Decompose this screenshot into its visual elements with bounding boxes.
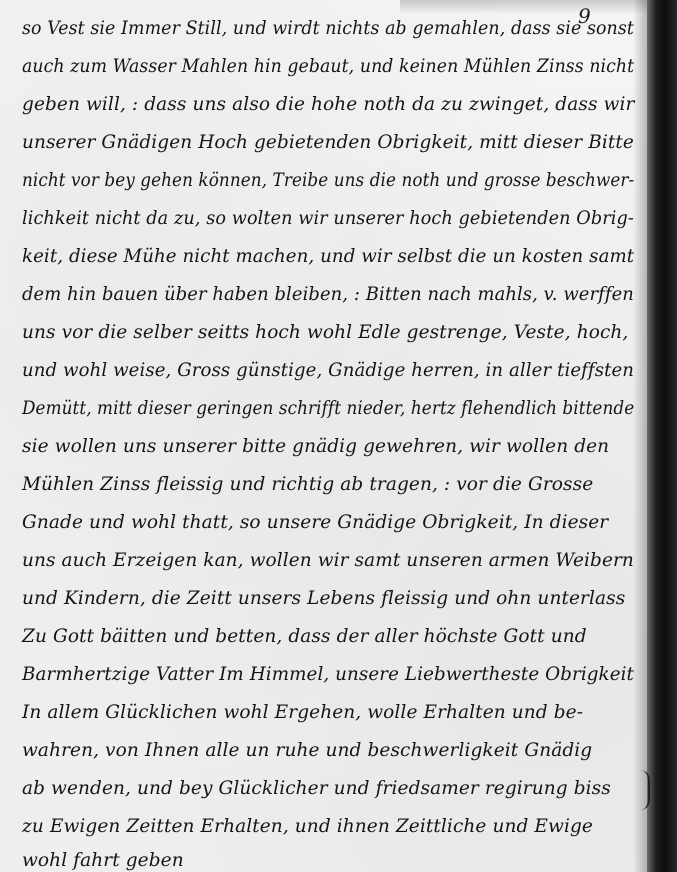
text-line: wahren, von Ihnen alle un ruhe und besch… — [22, 740, 592, 761]
text-line: wohl fahrt geben — [22, 850, 184, 871]
text-line: unserer Gnädigen Hoch gebietenden Obrigk… — [22, 132, 634, 153]
text-line: uns vor die selber seitts hoch wohl Edle… — [22, 322, 628, 343]
text-line: Demütt, mitt dieser geringen schrifft ni… — [22, 398, 634, 419]
text-line: lichkeit nicht da zu, so wolten wir unse… — [22, 208, 634, 229]
text-line: auch zum Wasser Mahlen hin gebaut, und k… — [22, 56, 634, 77]
text-line: und Kindern, die Zeitt unsers Lebens fle… — [22, 588, 625, 609]
margin-bracket — [640, 770, 650, 810]
text-line: nicht vor bey gehen können, Treibe uns d… — [22, 170, 634, 191]
text-line: und wohl weise, Gross günstige, Gnädige … — [22, 360, 634, 381]
text-line: Zu Gott bäitten und betten, dass der all… — [22, 626, 587, 647]
scan-shadow — [400, 0, 647, 14]
text-line: so Vest sie Immer Still, und wirdt nicht… — [22, 18, 634, 39]
text-line: Barmhertzige Vatter Im Himmel, unsere Li… — [22, 664, 634, 685]
text-line: keit, diese Mühe nicht machen, und wir s… — [22, 246, 634, 267]
text-line: uns auch Erzeigen kan, wollen wir samt u… — [22, 550, 634, 571]
text-line: Mühlen Zinss fleissig und richtig ab tra… — [22, 474, 593, 495]
manuscript-page: 9 so Vest sie Immer Still, und wirdt nic… — [0, 0, 677, 872]
text-line: ab wenden, und bey Glücklicher und fried… — [22, 778, 611, 799]
text-line: In allem Glücklichen wohl Ergehen, wolle… — [22, 702, 583, 723]
text-line: Gnade und wohl thatt, so unsere Gnädige … — [22, 512, 608, 533]
text-line: geben will, : dass uns also die hohe not… — [22, 94, 634, 115]
text-line: dem hin bauen über haben bleiben, : Bitt… — [22, 284, 634, 305]
text-line: sie wollen uns unserer bitte gnädig gewe… — [22, 436, 609, 457]
binding-edge — [647, 0, 677, 872]
text-line: zu Ewigen Zeitten Erhalten, und ihnen Ze… — [22, 816, 593, 837]
